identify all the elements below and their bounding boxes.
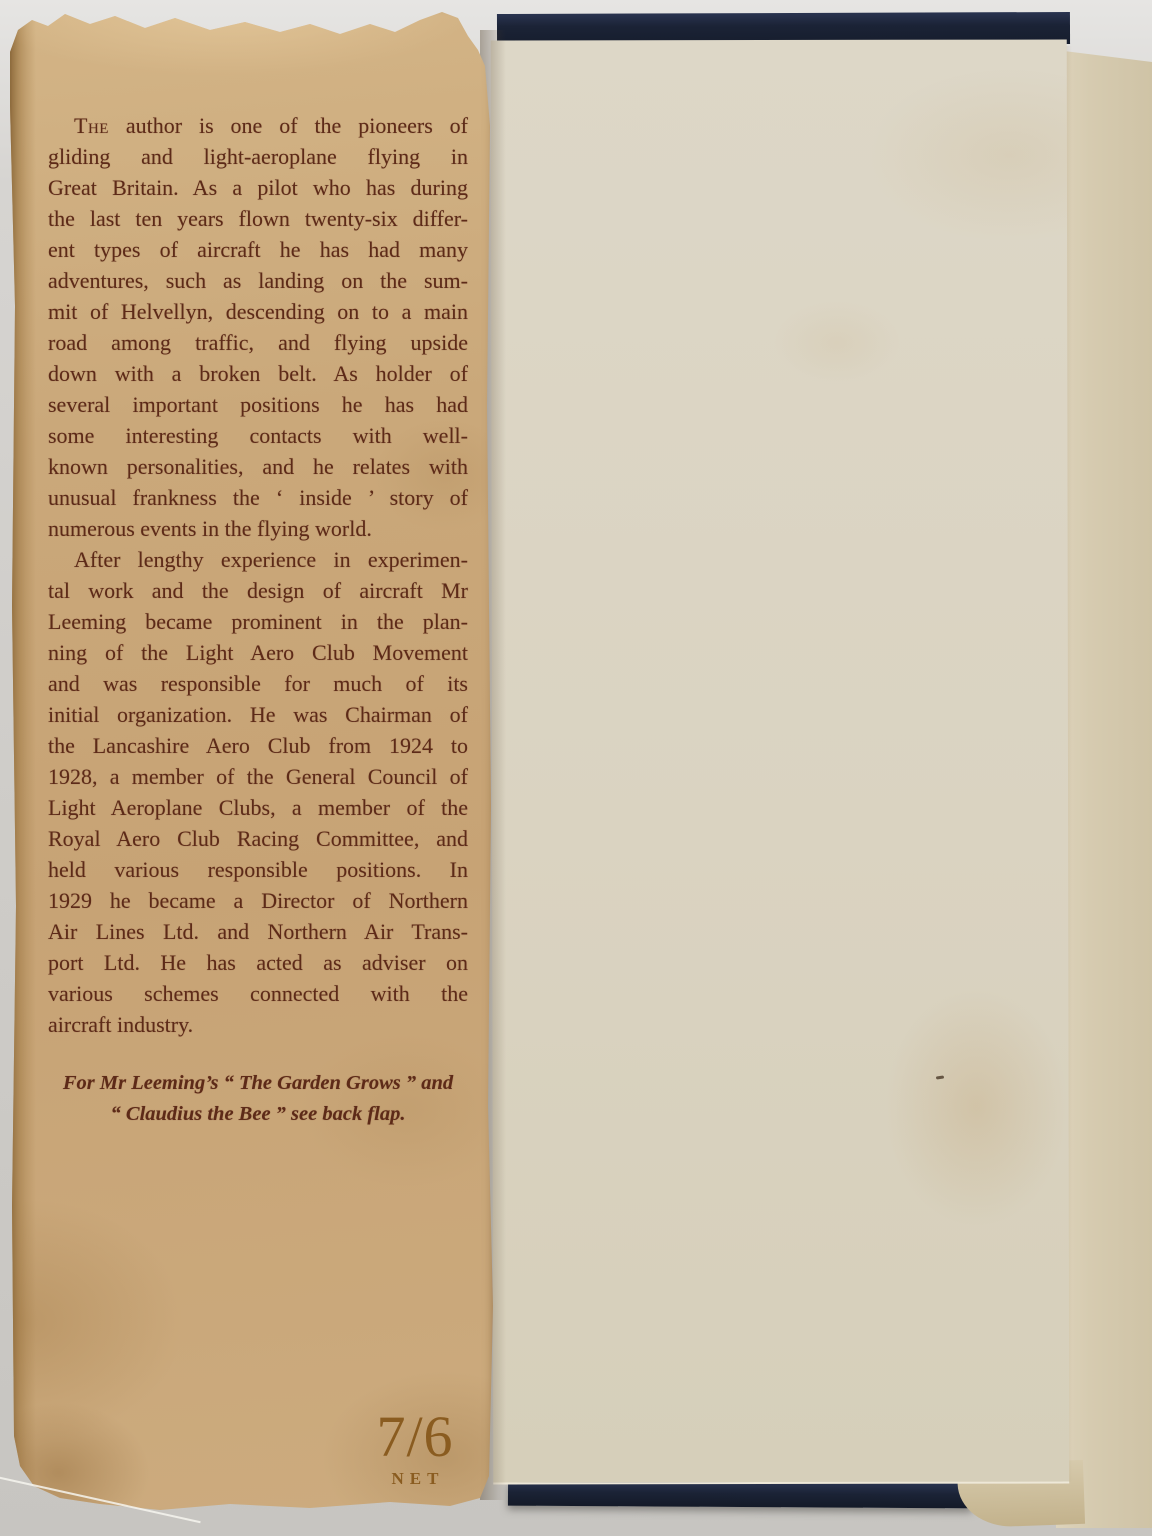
author-paragraph-1: The author is one of the pioneers ofglid… — [48, 110, 468, 544]
text-line: numerous events in the flying world. — [48, 513, 468, 544]
text-line: Light Aeroplane Clubs, a member of the — [48, 792, 468, 823]
text-line: aircraft industry. — [48, 1009, 468, 1040]
text-line: various schemes connected with the — [48, 978, 468, 1009]
text-line: Air Lines Ltd. and Northern Air Trans- — [48, 916, 468, 947]
text-line: port Ltd. He has acted as adviser on — [48, 947, 468, 978]
book-photo-scene: The author is one of the pioneers ofglid… — [0, 0, 1152, 1536]
text-line: 1929 he became a Director of Northern — [48, 885, 468, 916]
text-line: tal work and the design of aircraft Mr — [48, 575, 468, 606]
text-line: unusual frankness the ‘ inside ’ story o… — [48, 482, 468, 513]
text-line: some interesting contacts with well- — [48, 420, 468, 451]
text-line: held various responsible positions. In — [48, 854, 468, 885]
text-line: 1928, a member of the General Council of — [48, 761, 468, 792]
cover-cloth-bottom-edge — [508, 1481, 972, 1509]
flap-blurb-text: The author is one of the pioneers ofglid… — [48, 110, 468, 1130]
text-line: adventures, such as landing on the sum- — [48, 265, 468, 296]
text-line: The author is one of the pioneers of — [48, 110, 468, 141]
text-line: Royal Aero Club Racing Committee, and — [48, 823, 468, 854]
author-paragraph-2: After lengthy experience in experimen-ta… — [48, 544, 468, 1040]
text-line: After lengthy experience in experimen- — [48, 544, 468, 575]
text-line: the last ten years flown twenty-six diff… — [48, 203, 468, 234]
text-line: and was responsible for much of its — [48, 668, 468, 699]
text-line: ning of the Light Aero Club Movement — [48, 637, 468, 668]
text-line: the Lancashire Aero Club from 1924 to — [48, 730, 468, 761]
text-line: Great Britain. As a pilot who has during — [48, 172, 468, 203]
text-line: gliding and light-aeroplane flying in — [48, 141, 468, 172]
price-block: 7/6 NET — [310, 1408, 520, 1489]
text-line: ent types of aircraft he has had many — [48, 234, 468, 265]
text-line: Leeming became prominent in the plan- — [48, 606, 468, 637]
dust-jacket-front-flap: The author is one of the pioneers ofglid… — [10, 6, 493, 1518]
text-line: initial organization. He was Chairman of — [48, 699, 468, 730]
text-line: road among traffic, and flying upside — [48, 327, 468, 358]
endpaper-page — [491, 39, 1070, 1484]
text-line: mit of Helvellyn, descending on to a mai… — [48, 296, 468, 327]
text-line: several important positions he has had — [48, 389, 468, 420]
text-line: “ Claudius the Bee ” see back flap. — [48, 1099, 468, 1130]
text-line: known personalities, and he relates with — [48, 451, 468, 482]
price-value: 7/6 — [310, 1408, 520, 1466]
text-line: For Mr Leeming’s “ The Garden Grows ” an… — [48, 1068, 468, 1099]
lead-word: The — [74, 113, 109, 138]
other-books-note: For Mr Leeming’s “ The Garden Grows ” an… — [48, 1068, 468, 1130]
text-line: down with a broken belt. As holder of — [48, 358, 468, 389]
